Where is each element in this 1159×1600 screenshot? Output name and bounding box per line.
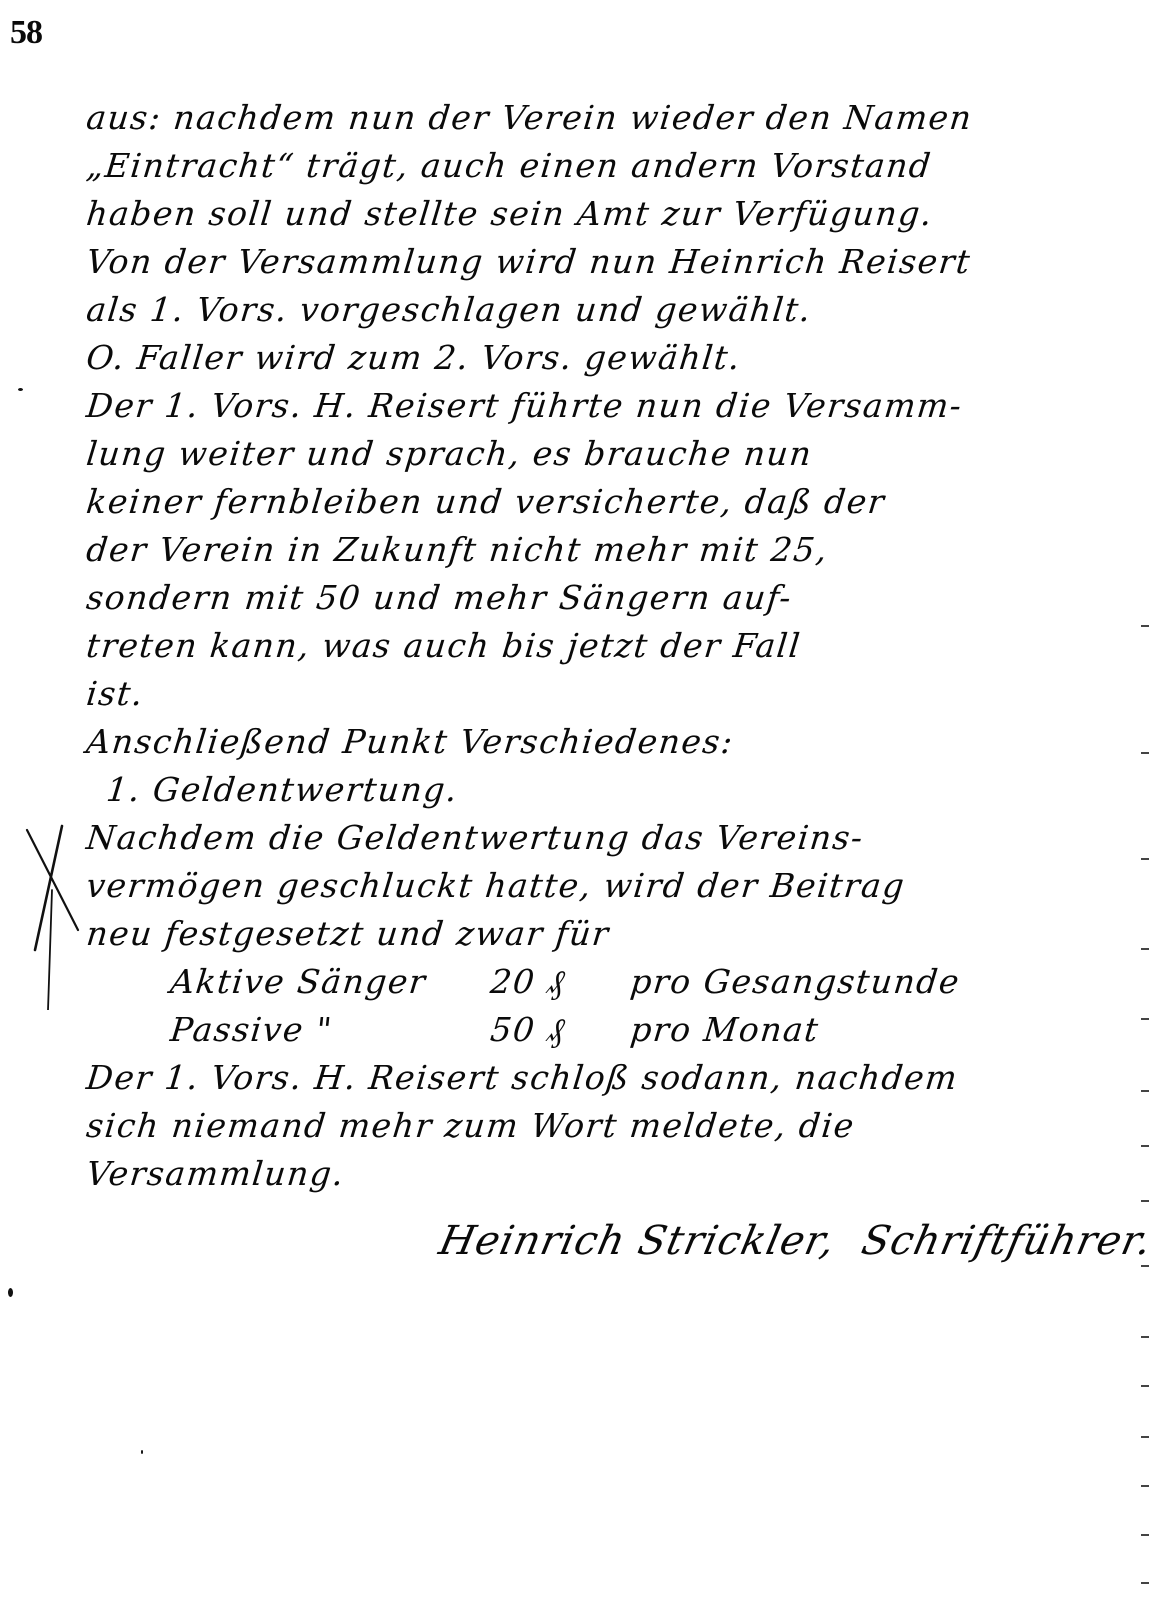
ink-speck bbox=[18, 388, 23, 391]
edge-tick bbox=[1141, 1485, 1149, 1487]
text-line: O. Faller wird zum 2. Vors. gewählt. bbox=[84, 334, 1129, 382]
edge-tick bbox=[1141, 1534, 1149, 1536]
text-line: der Verein in Zukunft nicht mehr mit 25, bbox=[84, 526, 1129, 574]
dues-amount: 50 ₰ bbox=[488, 1006, 633, 1054]
edge-tick bbox=[1141, 1145, 1149, 1147]
text-line: lung weiter und sprach, es brauche nun bbox=[84, 430, 1129, 478]
text-line: aus: nachdem nun der Verein wieder den N… bbox=[84, 94, 1129, 142]
text-line: haben soll und stellte sein Amt zur Verf… bbox=[84, 190, 1129, 238]
dues-group: Aktive Sänger bbox=[168, 958, 493, 1006]
text-line: vermögen geschluckt hatte, wird der Beit… bbox=[84, 862, 1129, 910]
text-line: neu festgesetzt und zwar für bbox=[84, 910, 1129, 958]
edge-tick bbox=[1141, 858, 1149, 860]
text-line: Nachdem die Geldentwertung das Vereins- bbox=[84, 814, 1129, 862]
text-line: „Eintracht“ trägt, auch einen andern Vor… bbox=[84, 142, 1129, 190]
dues-unit: pro Monat bbox=[628, 1006, 933, 1054]
text-line: Der 1. Vors. H. Reisert schloß sodann, n… bbox=[84, 1054, 1129, 1102]
edge-tick bbox=[1141, 1436, 1149, 1438]
dues-amount: 20 ₰ bbox=[488, 958, 633, 1006]
text-line: Von der Versammlung wird nun Heinrich Re… bbox=[84, 238, 1129, 286]
text-line: sondern mit 50 und mehr Sängern auf- bbox=[84, 574, 1129, 622]
edge-tick bbox=[1141, 625, 1149, 627]
edge-tick bbox=[1141, 1385, 1149, 1387]
signature-name: Heinrich Strickler, bbox=[435, 1218, 840, 1264]
edge-tick bbox=[1141, 948, 1149, 950]
signature-role: Schriftführer. bbox=[858, 1218, 1157, 1264]
ink-speck bbox=[8, 1288, 13, 1297]
edge-tick bbox=[1141, 1265, 1149, 1267]
text-line: Versammlung. bbox=[84, 1150, 1129, 1198]
text-line: Der 1. Vors. H. Reisert führte nun die V… bbox=[84, 382, 1129, 430]
edge-tick bbox=[1141, 752, 1149, 754]
cross-mark-icon bbox=[10, 800, 80, 1010]
dues-row-passive: Passive " 50 ₰ pro Monat bbox=[84, 1006, 1129, 1054]
handwritten-minutes: aus: nachdem nun der Verein wieder den N… bbox=[84, 94, 1124, 1198]
edge-tick bbox=[1141, 1582, 1149, 1584]
text-line: ist. bbox=[84, 670, 1129, 718]
text-line: keiner fernbleiben und versicherte, daß … bbox=[84, 478, 1129, 526]
page-number: 58 bbox=[10, 14, 42, 52]
dues-unit: pro Gesangstunde bbox=[628, 958, 933, 1006]
ink-speck bbox=[141, 1450, 143, 1454]
agenda-item: 1. Geldentwertung. bbox=[84, 766, 1129, 814]
signature: Heinrich Strickler, Schriftführer. bbox=[435, 1218, 1159, 1264]
dues-group: Passive " bbox=[168, 1006, 493, 1054]
text-line: als 1. Vors. vorgeschlagen und gewählt. bbox=[84, 286, 1129, 334]
edge-tick bbox=[1141, 1018, 1149, 1020]
edge-tick bbox=[1141, 1090, 1149, 1092]
dues-row-active: Aktive Sänger 20 ₰ pro Gesangstunde bbox=[84, 958, 1129, 1006]
text-line: sich niemand mehr zum Wort meldete, die bbox=[84, 1102, 1129, 1150]
text-line: treten kann, was auch bis jetzt der Fall bbox=[84, 622, 1129, 670]
edge-tick bbox=[1141, 1336, 1149, 1338]
section-heading: Anschließend Punkt Verschiedenes: bbox=[84, 718, 1129, 766]
edge-tick bbox=[1141, 1200, 1149, 1202]
